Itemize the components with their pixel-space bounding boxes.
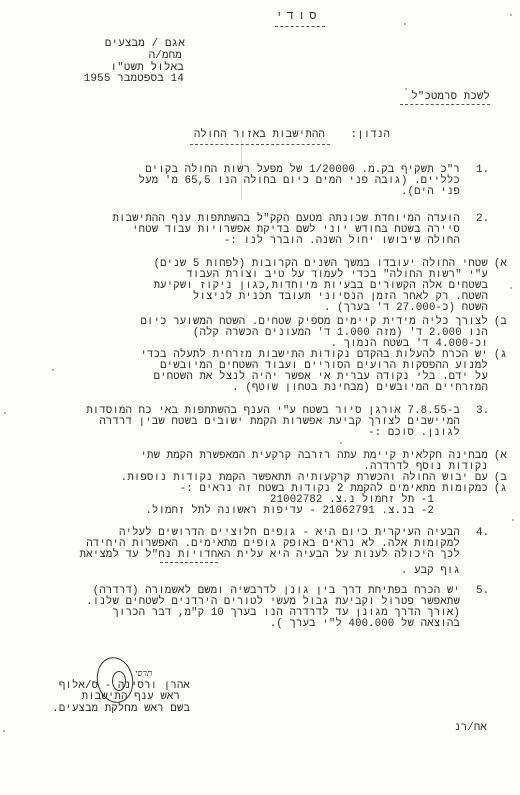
- subitem-label: ב): [494, 316, 507, 328]
- item-text-line: בהוצאה של 400.000 ל"י בערך ).: [270, 618, 460, 630]
- typist-initials: אח/רנ: [454, 722, 487, 734]
- classification-label: סודי: [273, 9, 323, 23]
- scan-speck: [404, 23, 406, 25]
- scan-speck: [52, 369, 54, 371]
- item-number: 2.: [476, 213, 489, 225]
- reference-file: מחמ/ה: [149, 50, 182, 62]
- item-text-line: פני הים).: [401, 186, 460, 198]
- scan-speck: [512, 519, 514, 521]
- scan-speck: [3, 730, 5, 732]
- scan-speck: [510, 14, 512, 16]
- item-number: 4.: [476, 527, 489, 539]
- signatory-title: ראש ענף התישבות: [82, 691, 180, 703]
- coordinate-line-2: 2- בנ.צ. 21062791 - עדיפות ראשונה לתל זח…: [145, 505, 434, 517]
- scan-speck: [4, 412, 6, 414]
- subject-label: הנדון:: [351, 129, 390, 141]
- scan-speck: [510, 287, 512, 289]
- subject-title: ההתישבות באזור החולה: [194, 129, 325, 141]
- gregorian-date: 14 בספטמבר 1955: [84, 73, 184, 85]
- item-text-line: החולה שיבושו יחול השנה. הוברר לנו :-: [224, 235, 460, 247]
- addressee: לשכת סרמטכ"ל: [411, 91, 490, 103]
- subitem-label: א): [494, 258, 507, 270]
- classification-underline: [275, 26, 325, 27]
- scan-speck: [405, 88, 407, 90]
- item-text-line: לגונן. סוכם :-: [368, 427, 460, 439]
- subitem-text-line: השטח (כ-27.000 ד' בערך) .: [324, 302, 488, 314]
- subitem-label: ג): [494, 483, 507, 495]
- scan-speck: [340, 442, 342, 444]
- item-number: 1.: [476, 164, 489, 176]
- handwritten-signature: תרסי: [135, 668, 152, 679]
- item-4-underline: [160, 562, 218, 563]
- subitem-text-line: המזרחיים המיובשים (מבחינת בטחון שוטף) .: [232, 382, 488, 394]
- item-text-line: לכך היכולה לענות על הבעיה היא עלית האחדו…: [80, 549, 460, 561]
- signatory-on-behalf: בשם ראש מחלקת מבצעים.: [52, 703, 190, 715]
- subject-underline: [190, 144, 330, 145]
- item-number: 3.: [476, 405, 489, 417]
- subitem-label: ג): [494, 349, 507, 361]
- subitem-label: א): [494, 450, 507, 462]
- addressee-underline: [400, 104, 490, 105]
- document-page: סודי אגם / מבצעים מחמ/ה באלול תשט"ו 14 ב…: [0, 0, 520, 795]
- reference-unit: אגם / מבצעים: [105, 38, 185, 50]
- item-number: 5.: [476, 585, 489, 597]
- item-text-line: גוף קבע .: [401, 565, 460, 577]
